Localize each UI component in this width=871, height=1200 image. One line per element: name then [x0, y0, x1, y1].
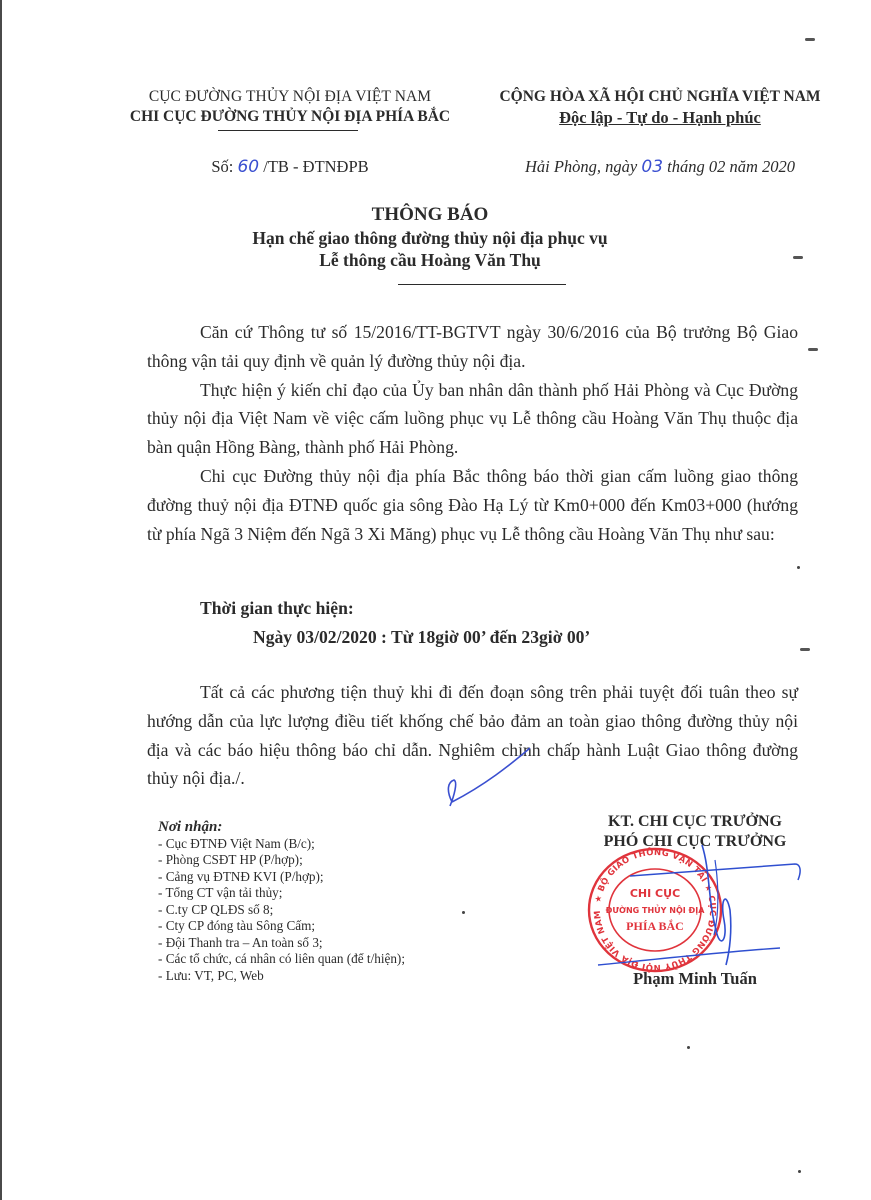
number-prefix: Số: [211, 157, 237, 176]
recipient-item: - Cty CP đóng tàu Sông Cấm; [158, 918, 405, 935]
scan-speck [793, 256, 803, 259]
subtitle-line-1: Hạn chế giao thông đường thủy nội địa ph… [130, 227, 730, 249]
number-handwritten: 60 [237, 157, 259, 177]
paragraph: Chi cục Đường thủy nội địa phía Bắc thôn… [147, 462, 798, 548]
recipient-item: - Phòng CSĐT HP (P/hợp); [158, 852, 405, 869]
scan-speck [808, 348, 818, 351]
scan-speck [462, 911, 465, 914]
scan-speck [798, 1170, 801, 1173]
body-text: Căn cứ Thông tư số 15/2016/TT-BGTVT ngày… [147, 318, 798, 548]
recipient-item: - Lưu: VT, PC, Web [158, 968, 405, 985]
recipient-item: - Đội Thanh tra – An toàn số 3; [158, 935, 405, 952]
signer-name: Phạm Minh Tuấn [570, 969, 820, 989]
signer-role-1: KT. CHI CỤC TRƯỞNG [570, 812, 820, 832]
scan-speck [800, 648, 810, 651]
title-block: THÔNG BÁO Hạn chế giao thông đường thủy … [130, 203, 730, 271]
recipients-list: Nơi nhận: - Cục ĐTNĐ Việt Nam (B/c); - P… [158, 819, 405, 984]
place-date: Hải Phòng, ngày 03 tháng 02 năm 2020 [470, 157, 850, 177]
divider [218, 130, 358, 131]
issuer-block: CỤC ĐƯỜNG THỦY NỘI ĐỊA VIỆT NAM CHI CỤC … [100, 87, 480, 127]
scan-speck [805, 38, 815, 41]
recipients-label: Nơi nhận: [158, 819, 405, 836]
date-suffix: tháng 02 năm 2020 [663, 157, 795, 176]
nation-block: CỘNG HÒA XÃ HỘI CHỦ NGHĨA VIỆT NAM Độc l… [470, 87, 850, 129]
subtitle-line-2: Lễ thông cầu Hoàng Văn Thụ [130, 249, 730, 271]
recipient-item: - C.ty CP QLĐS số 8; [158, 902, 405, 919]
nation-title: CỘNG HÒA XÃ HỘI CHỦ NGHĨA VIỆT NAM [470, 87, 850, 107]
execution-time-label: Thời gian thực hiện: [200, 598, 354, 619]
org-name: CHI CỤC ĐƯỜNG THỦY NỘI ĐỊA PHÍA BẮC [100, 107, 480, 127]
signature-icon [590, 840, 810, 975]
paragraph: Căn cứ Thông tư số 15/2016/TT-BGTVT ngày… [147, 318, 798, 376]
execution-time: Ngày 03/02/2020 : Từ 18giờ 00’ đến 23giờ… [253, 627, 590, 648]
recipient-item: - Tổng CT vận tải thủy; [158, 885, 405, 902]
recipient-item: - Cảng vụ ĐTNĐ KVI (P/hợp); [158, 869, 405, 886]
motto: Độc lập - Tự do - Hạnh phúc [470, 107, 850, 129]
parent-org: CỤC ĐƯỜNG THỦY NỘI ĐỊA VIỆT NAM [100, 87, 480, 107]
number-suffix: /TB - ĐTNĐPB [259, 157, 369, 176]
recipient-item: - Các tổ chức, cá nhân có liên quan (để … [158, 951, 405, 968]
document-number: Số: 60 /TB - ĐTNĐPB [100, 157, 480, 177]
paragraph: Thực hiện ý kiến chỉ đạo của Ủy ban nhân… [147, 376, 798, 462]
divider [398, 284, 566, 285]
document-title: THÔNG BÁO [130, 203, 730, 227]
date-day-handwritten: 03 [641, 157, 663, 177]
initial-mark-icon [430, 740, 540, 810]
date-prefix: Hải Phòng, ngày [525, 157, 641, 176]
scan-speck [687, 1046, 690, 1049]
recipient-item: - Cục ĐTNĐ Việt Nam (B/c); [158, 836, 405, 853]
scan-edge [0, 0, 2, 1200]
scan-speck [797, 566, 800, 569]
